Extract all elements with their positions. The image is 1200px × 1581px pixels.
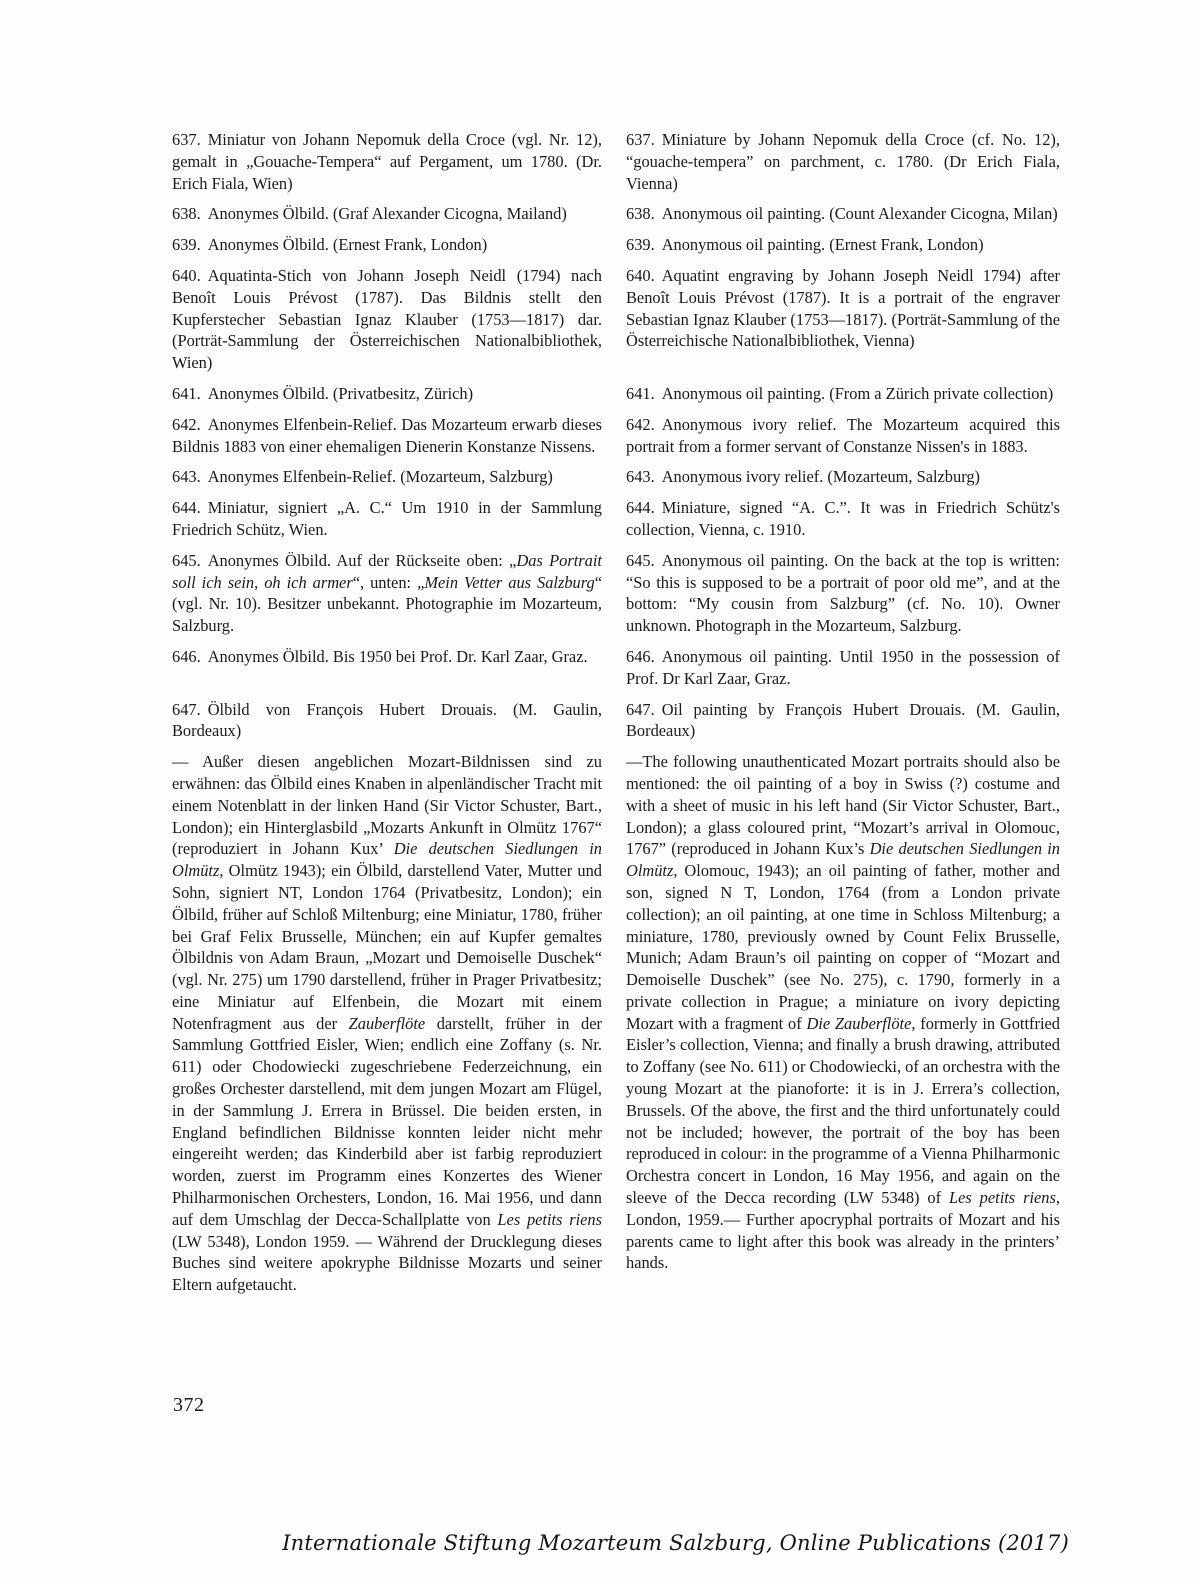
entry-number: 639.: [626, 235, 655, 254]
entry-638-en: 638.Anonymous oil painting. (Count Alexa…: [626, 203, 1060, 225]
entry-641-de: 641.Anonymes Ölbild. (Privatbesitz, Züri…: [172, 383, 602, 405]
entry-number: 645.: [626, 551, 655, 570]
entry-640-de: 640.Aquatinta-Stich von Johann Joseph Ne…: [172, 265, 602, 374]
entry-644-de: 644.Miniatur, signiert „A. C.“ Um 1910 i…: [172, 497, 602, 541]
entry-638-de: 638.Anonymes Ölbild. (Graf Alexander Cic…: [172, 203, 602, 225]
entry-number: 637.: [172, 130, 201, 149]
entry-number: 642.: [172, 415, 201, 434]
entry-640-en: 640.Aquatint engraving by Johann Joseph …: [626, 265, 1060, 374]
entry-642-de: 642.Anonymes Elfenbein-Relief. Das Mozar…: [172, 414, 602, 458]
catalog-entries: 637.Miniatur von Johann Nepomuk della Cr…: [172, 129, 1060, 1296]
entry-643-en: 643.Anonymous ivory relief. (Mozarteum, …: [626, 466, 1060, 488]
entry-639-de: 639.Anonymes Ölbild. (Ernest Frank, Lond…: [172, 234, 602, 256]
entry-number: 640.: [172, 266, 201, 285]
publication-footer: Internationale Stiftung Mozarteum Salzbu…: [282, 1531, 1069, 1555]
entry-644-en: 644.Miniature, signed “A. C.”. It was in…: [626, 497, 1060, 541]
entry-number: 638.: [626, 204, 655, 223]
entry-646-en: 646.Anonymous oil painting. Until 1950 i…: [626, 646, 1060, 690]
entry-642-en: 642.Anonymous ivory relief. The Mozarteu…: [626, 414, 1060, 458]
entry-number: 638.: [172, 204, 201, 223]
entry-number: 642.: [626, 415, 655, 434]
entry-number: 637.: [626, 130, 655, 149]
entry-639-en: 639.Anonymous oil painting. (Ernest Fran…: [626, 234, 1060, 256]
entry-number: 639.: [172, 235, 201, 254]
entry-number: 644.: [626, 498, 655, 517]
entry-number: 647.: [172, 700, 201, 719]
entry-number: 641.: [172, 384, 201, 403]
entry-645-de: 645.Anonymes Ölbild. Auf der Rückseite o…: [172, 550, 602, 637]
entry-647-de: 647.Ölbild von François Hubert Drouais. …: [172, 699, 602, 743]
entry-number: 643.: [172, 467, 201, 486]
entry-641-en: 641.Anonymous oil painting. (From a Züri…: [626, 383, 1060, 405]
page-number: 372: [173, 1394, 205, 1417]
entry-number: 644.: [172, 498, 201, 517]
entry-637-de: 637.Miniatur von Johann Nepomuk della Cr…: [172, 129, 602, 194]
entry-647-en: 647.Oil painting by François Hubert Drou…: [626, 699, 1060, 743]
entry-number: 647.: [626, 700, 655, 719]
entry-closing-paragraph-en: —The following unauthenticated Mozart po…: [626, 751, 1060, 1296]
entry-number: 646.: [172, 647, 201, 666]
entry-643-de: 643.Anonymes Elfenbein-Relief. (Mozarteu…: [172, 466, 602, 488]
entry-645-en: 645.Anonymous oil painting. On the back …: [626, 550, 1060, 637]
entry-closing-paragraph-de: — Außer diesen angeblichen Mozart-Bildni…: [172, 751, 602, 1296]
entry-number: 643.: [626, 467, 655, 486]
entry-number: 641.: [626, 384, 655, 403]
entry-646-de: 646.Anonymes Ölbild. Bis 1950 bei Prof. …: [172, 646, 602, 690]
entry-number: 645.: [172, 551, 201, 570]
entry-637-en: 637.Miniature by Johann Nepomuk della Cr…: [626, 129, 1060, 194]
entry-number: 646.: [626, 647, 655, 666]
entry-number: 640.: [626, 266, 655, 285]
